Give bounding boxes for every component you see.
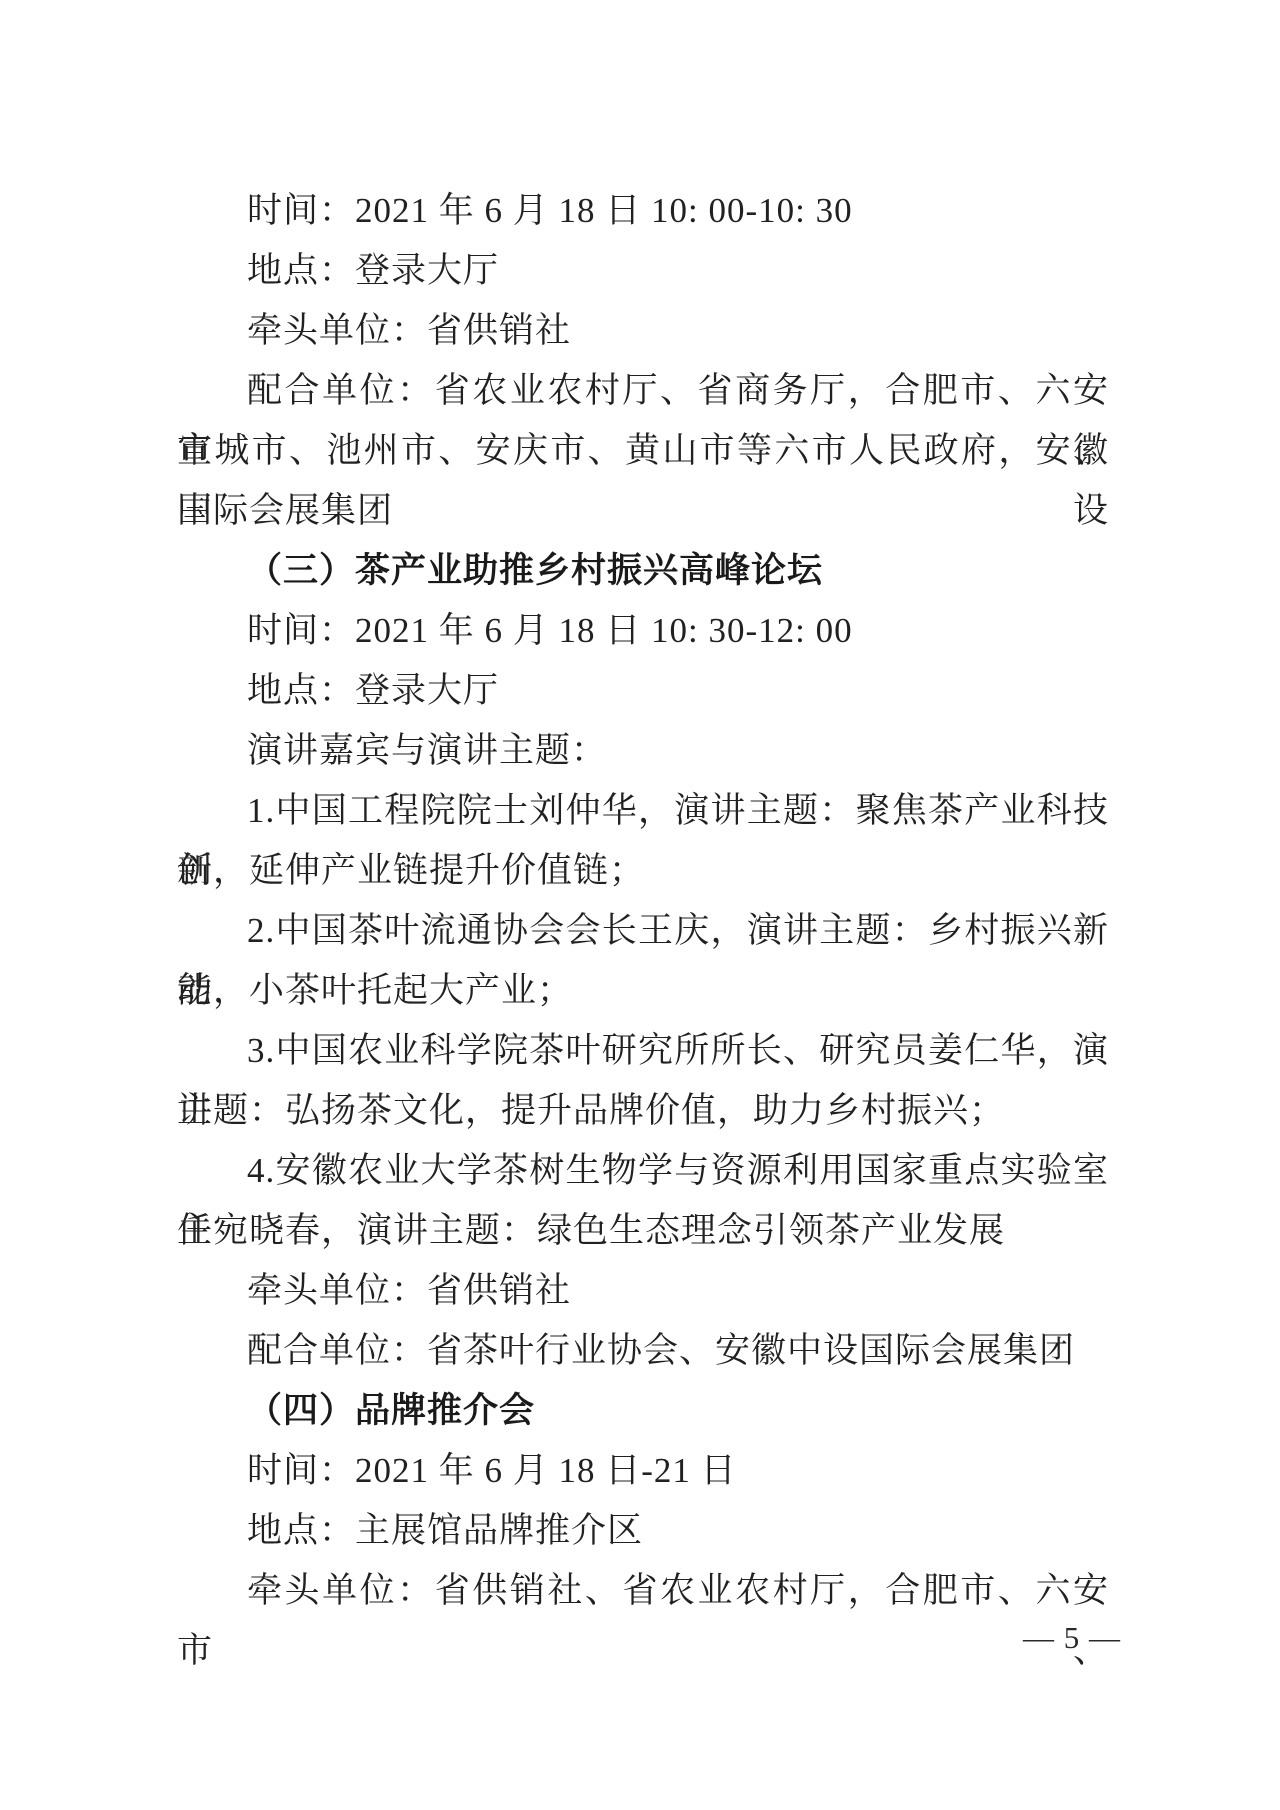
line-speaker-1: 1.中国工程院院士刘仲华，演讲主题：聚焦茶产业科技创 bbox=[177, 781, 1109, 841]
document-page: 时间：2021 年 6 月 18 日 10: 00-10: 30 地点：登录大厅… bbox=[0, 0, 1280, 1810]
line-location: 地点：主展馆品牌推介区 bbox=[177, 1501, 1109, 1561]
page-number: — 5 — bbox=[1022, 1613, 1122, 1663]
line-time: 时间：2021 年 6 月 18 日 10: 30-12: 00 bbox=[177, 601, 1109, 661]
line-speaker-3-cont: 主题：弘扬茶文化，提升品牌价值，助力乡村振兴； bbox=[177, 1081, 1109, 1141]
line-location: 地点：登录大厅 bbox=[177, 661, 1109, 721]
line-speaker-4: 4.安徽农业大学茶树生物学与资源利用国家重点实验室主 bbox=[177, 1141, 1109, 1201]
line-support-cont: 宣城市、池州市、安庆市、黄山市等六市人民政府，安徽中设 bbox=[177, 421, 1109, 481]
line-speaker-1-cont: 新，延伸产业链提升价值链； bbox=[177, 841, 1109, 901]
line-speaker-4-cont: 任宛晓春，演讲主题：绿色生态理念引领茶产业发展 bbox=[177, 1201, 1109, 1261]
line-speaker-2-cont: 能，小茶叶托起大产业； bbox=[177, 961, 1109, 1021]
line-lead-unit: 牵头单位：省供销社 bbox=[177, 301, 1109, 361]
line-time: 时间：2021 年 6 月 18 日-21 日 bbox=[177, 1441, 1109, 1501]
line-speakers-label: 演讲嘉宾与演讲主题： bbox=[177, 721, 1109, 781]
line-lead-unit-2: 牵头单位：省供销社、省农业农村厅，合肥市、六安市、 bbox=[177, 1561, 1109, 1621]
line-location: 地点：登录大厅 bbox=[177, 241, 1109, 301]
line-speaker-3: 3.中国农业科学院茶叶研究所所长、研究员姜仁华，演讲 bbox=[177, 1021, 1109, 1081]
line-time: 时间：2021 年 6 月 18 日 10: 00-10: 30 bbox=[177, 181, 1109, 241]
document-body: 时间：2021 年 6 月 18 日 10: 00-10: 30 地点：登录大厅… bbox=[177, 181, 1109, 1621]
line-support-unit: 配合单位：省茶叶行业协会、安徽中设国际会展集团 bbox=[177, 1321, 1109, 1381]
section-heading-3: （三）茶产业助推乡村振兴高峰论坛 bbox=[177, 541, 1109, 601]
line-speaker-2: 2.中国茶叶流通协会会长王庆，演讲主题：乡村振兴新动 bbox=[177, 901, 1109, 961]
section-heading-4: （四）品牌推介会 bbox=[177, 1381, 1109, 1441]
line-lead-unit: 牵头单位：省供销社 bbox=[177, 1261, 1109, 1321]
line-support-unit: 配合单位：省农业农村厅、省商务厅，合肥市、六安市、 bbox=[177, 361, 1109, 421]
